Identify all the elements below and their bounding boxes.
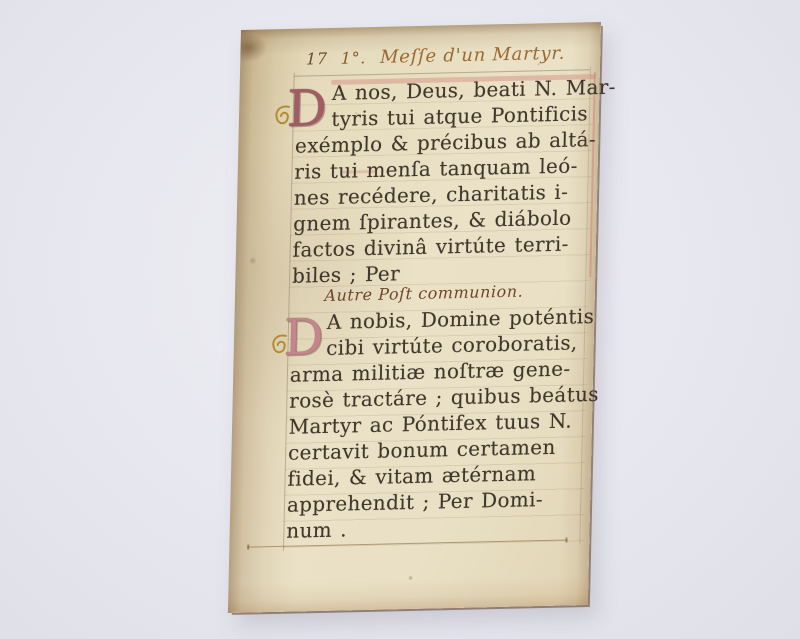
photo-backdrop: 171°.Meſſe d'un Martyr. D A nos, Deus, b…	[0, 0, 800, 639]
prayer-paragraph-1: A nos, Deus, beati N. Mar- tyris tui atq…	[292, 74, 595, 289]
dropcap-flourish-icon	[271, 314, 289, 338]
subheading: Autre Poſt communion.	[324, 281, 523, 307]
manuscript-page: 171°.Meſſe d'un Martyr. D A nos, Deus, b…	[228, 22, 601, 613]
header-title: Meſſe d'un Martyr.	[380, 43, 566, 68]
prayer-paragraph-2: A nobis, Domine poténtis cibi virtúte co…	[286, 303, 590, 544]
paragraph-line: num .	[286, 511, 585, 544]
dropcap-flourish-icon	[274, 85, 292, 109]
page-number: 17	[306, 49, 328, 68]
section-number: 1°.	[341, 48, 367, 68]
